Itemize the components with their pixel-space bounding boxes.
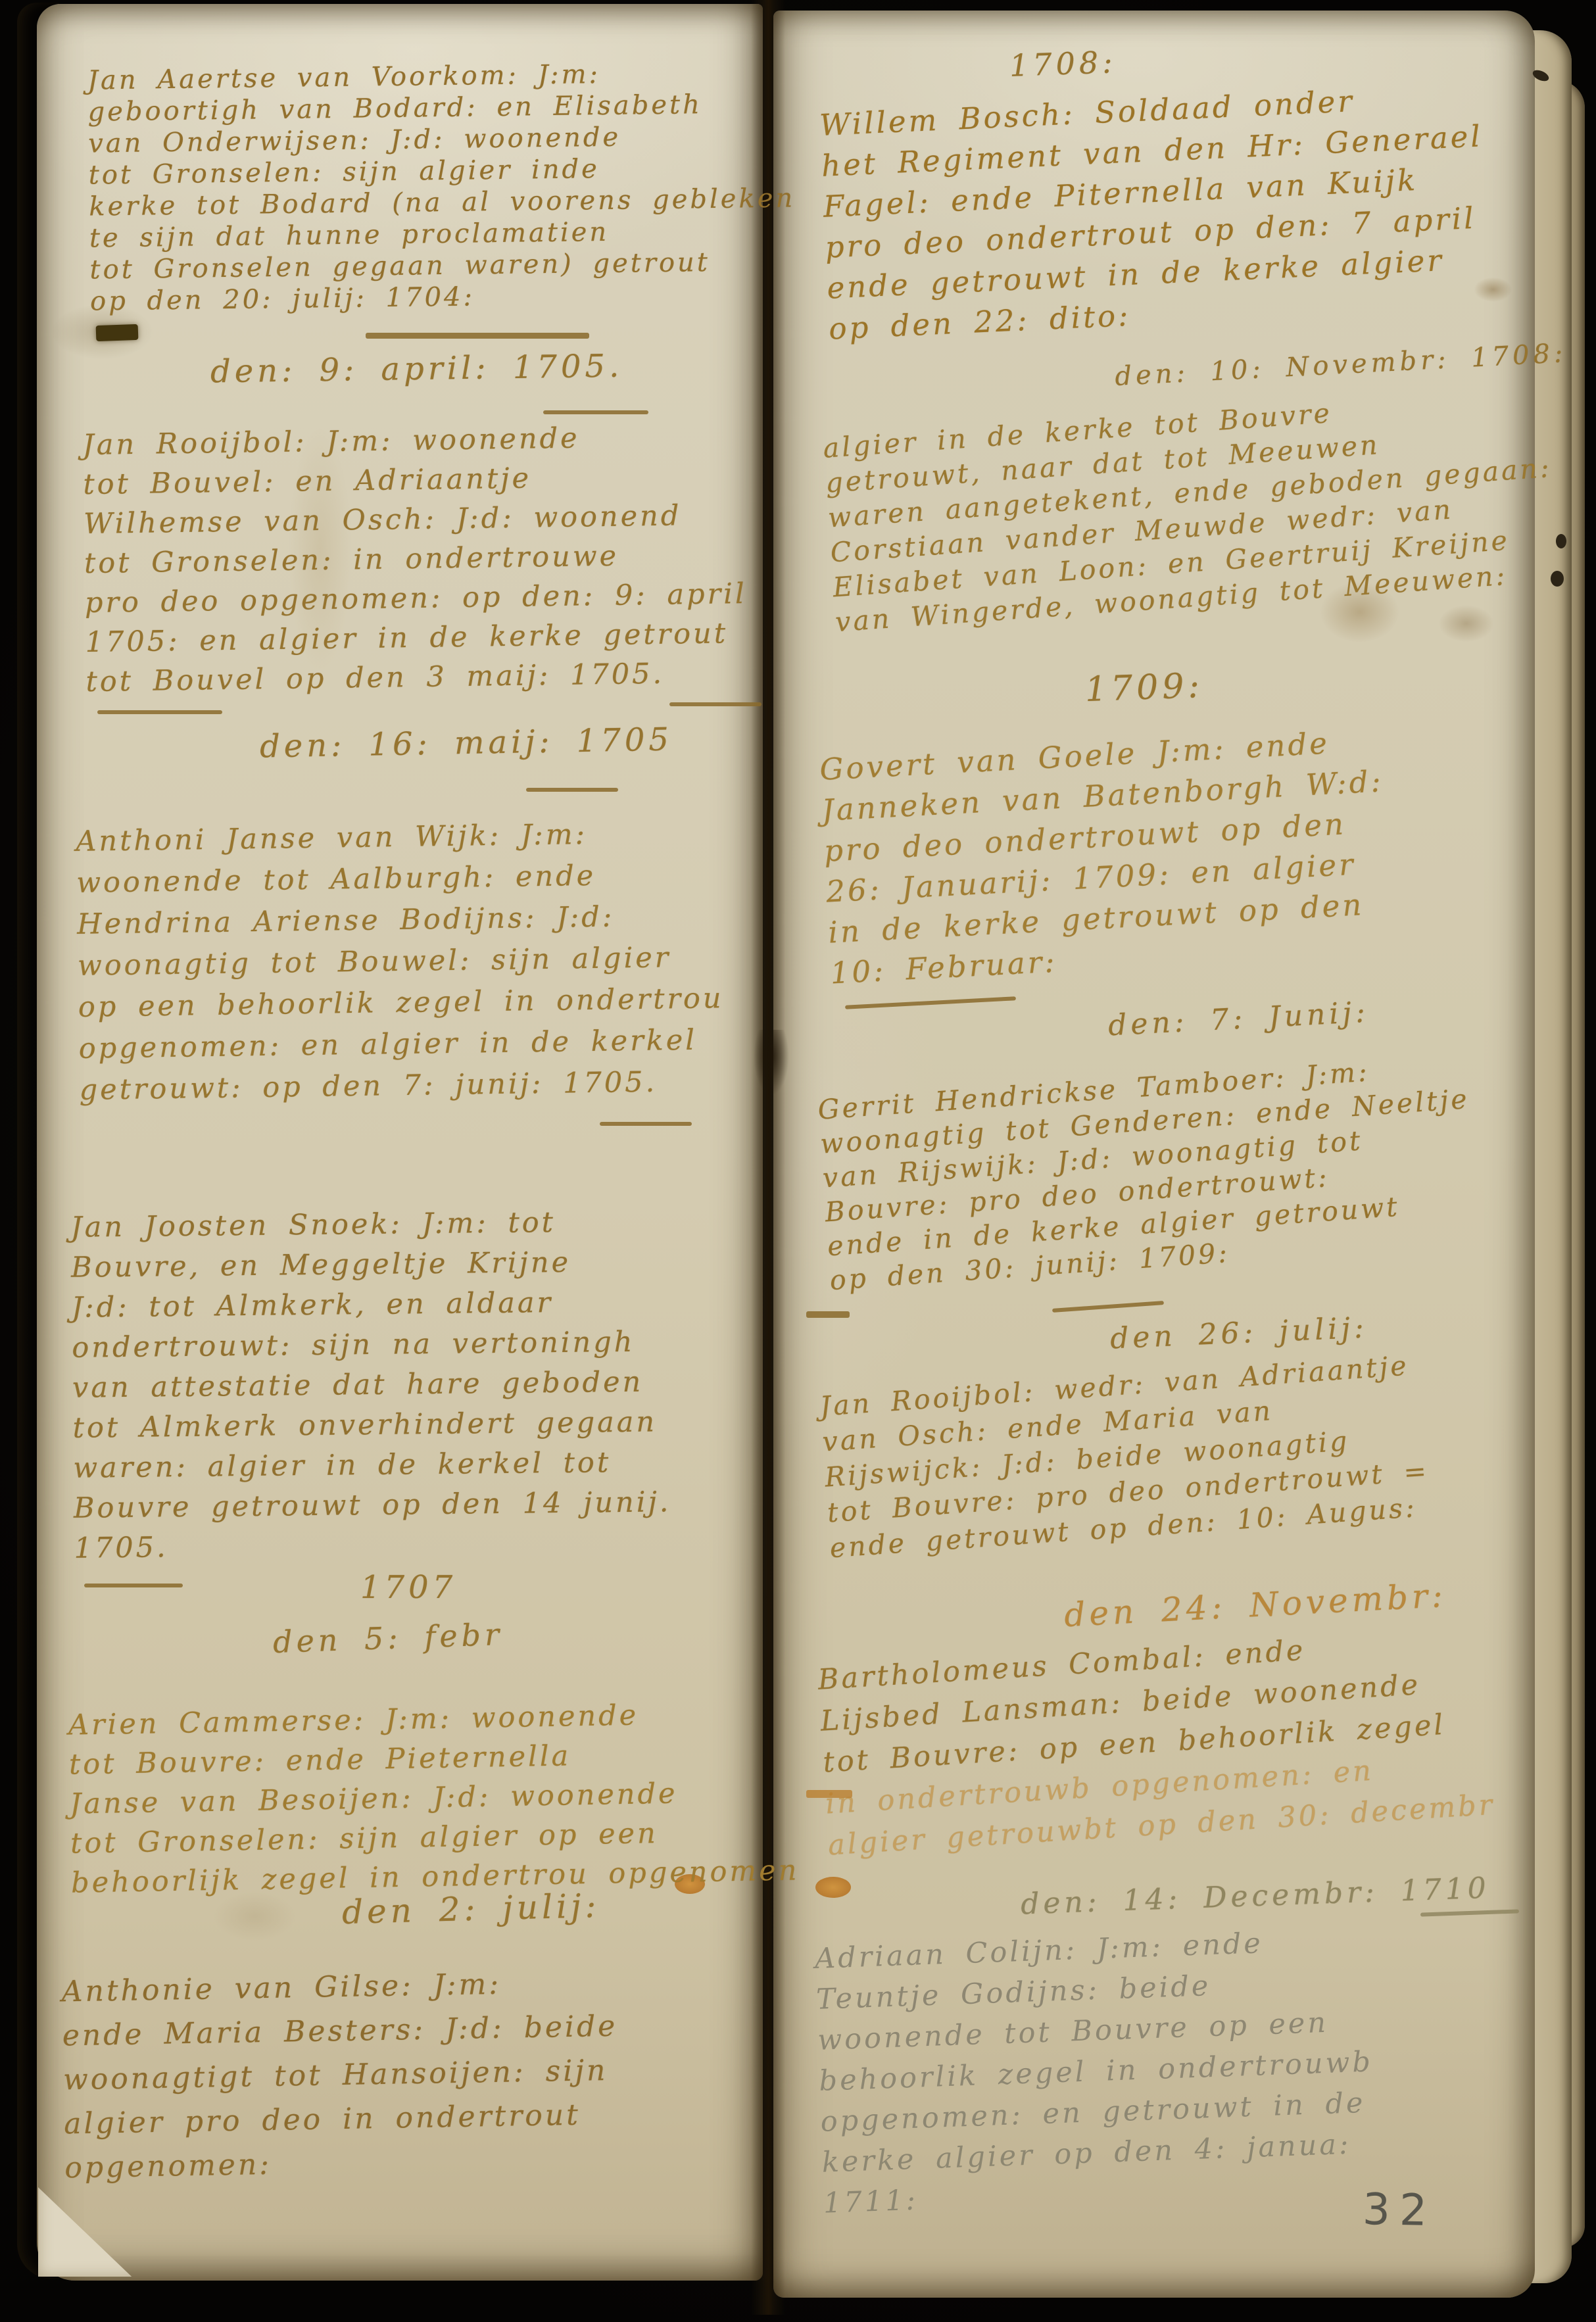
edge-speck [1556,534,1566,548]
year-heading-1709: 1709: [1084,666,1204,710]
marriage-entry-1704: Jan Aaertse van Voorkom: J:m:geboortigh … [87,56,796,317]
marriage-entry-julij-1707: Anthonie van Gilse: J:m:ende Maria Beste… [61,1960,620,2190]
manuscript-book-photo: Jan Aaertse van Voorkom: J:m:geboortigh … [0,0,1596,2322]
year-heading-1708: 1708: [1009,44,1117,84]
left-page [37,4,763,2281]
ink-margin-dash [806,1790,852,1798]
ink-blot [96,324,139,341]
marriage-entry-april-1705: Jan Rooijbol: J:m: woonendetot Bouvel: e… [82,416,748,702]
ink-underline [366,333,589,339]
manuscript-line: Bouvre, en Meggeltje Krijne [71,1242,669,1288]
ink-margin-dash [806,1311,850,1318]
manuscript-line: Jan Joosten Snoek: J:m: tot [70,1201,668,1248]
manuscript-line: tot Almkerk onverhindert gegaan [72,1402,670,1449]
date-heading-2-julij: den 2: julij: [341,1887,600,1931]
manuscript-line: J:d: tot Almkerk, en aldaar [71,1282,669,1328]
ink-underline [526,788,618,792]
manuscript-line: waren: algier in de kerkel tot [73,1442,671,1489]
manuscript-line: Bouvre getrouwt op den 14 junij. [74,1482,671,1529]
page-number: 32 [1362,2184,1436,2236]
year-heading-1707: 1707 [360,1569,456,1606]
ink-underline [600,1122,692,1126]
ink-underline [97,710,222,714]
marriage-entry-januarij-1709: Govert van Goele J:m: endeJanneken van B… [819,720,1393,994]
marriage-entry-junij-1705: Jan Joosten Snoek: J:m: totBouvre, en Me… [70,1201,671,1568]
ink-smudge [754,1030,789,1096]
manuscript-line: 1705. [74,1522,671,1569]
marriage-entry-1708: Willem Bosch: Soldaad onderhet Regiment … [819,75,1491,349]
marriage-entry-decembr-1710: Adriaan Colijn: J:m: endeTeuntje Godijns… [814,1920,1378,2224]
ink-underline [543,410,648,414]
marriage-entry-feb-1707: Arien Cammerse: J:m: woonendetot Bouvre:… [68,1693,799,1902]
date-heading-16-maij-1705: den: 16: maij: 1705 [260,721,673,765]
wax-stain [815,1877,851,1898]
manuscript-line: van attestatie dat hare geboden [72,1362,670,1409]
marriage-entry-novembr-1710: Bartholomeus Combal: endeLijsbed Lansman… [817,1619,1496,1866]
marriage-entry-maij-1705: Anthoni Janse van Wijk: J:m:woonende tot… [76,812,725,1111]
ink-underline [669,702,762,706]
manuscript-line: ondertrouwt: sijn na vertoningh [72,1322,669,1368]
date-heading-9-april-1705: den: 9: april: 1705. [210,348,623,391]
book-gutter [751,0,785,2315]
ink-underline [84,1584,183,1587]
